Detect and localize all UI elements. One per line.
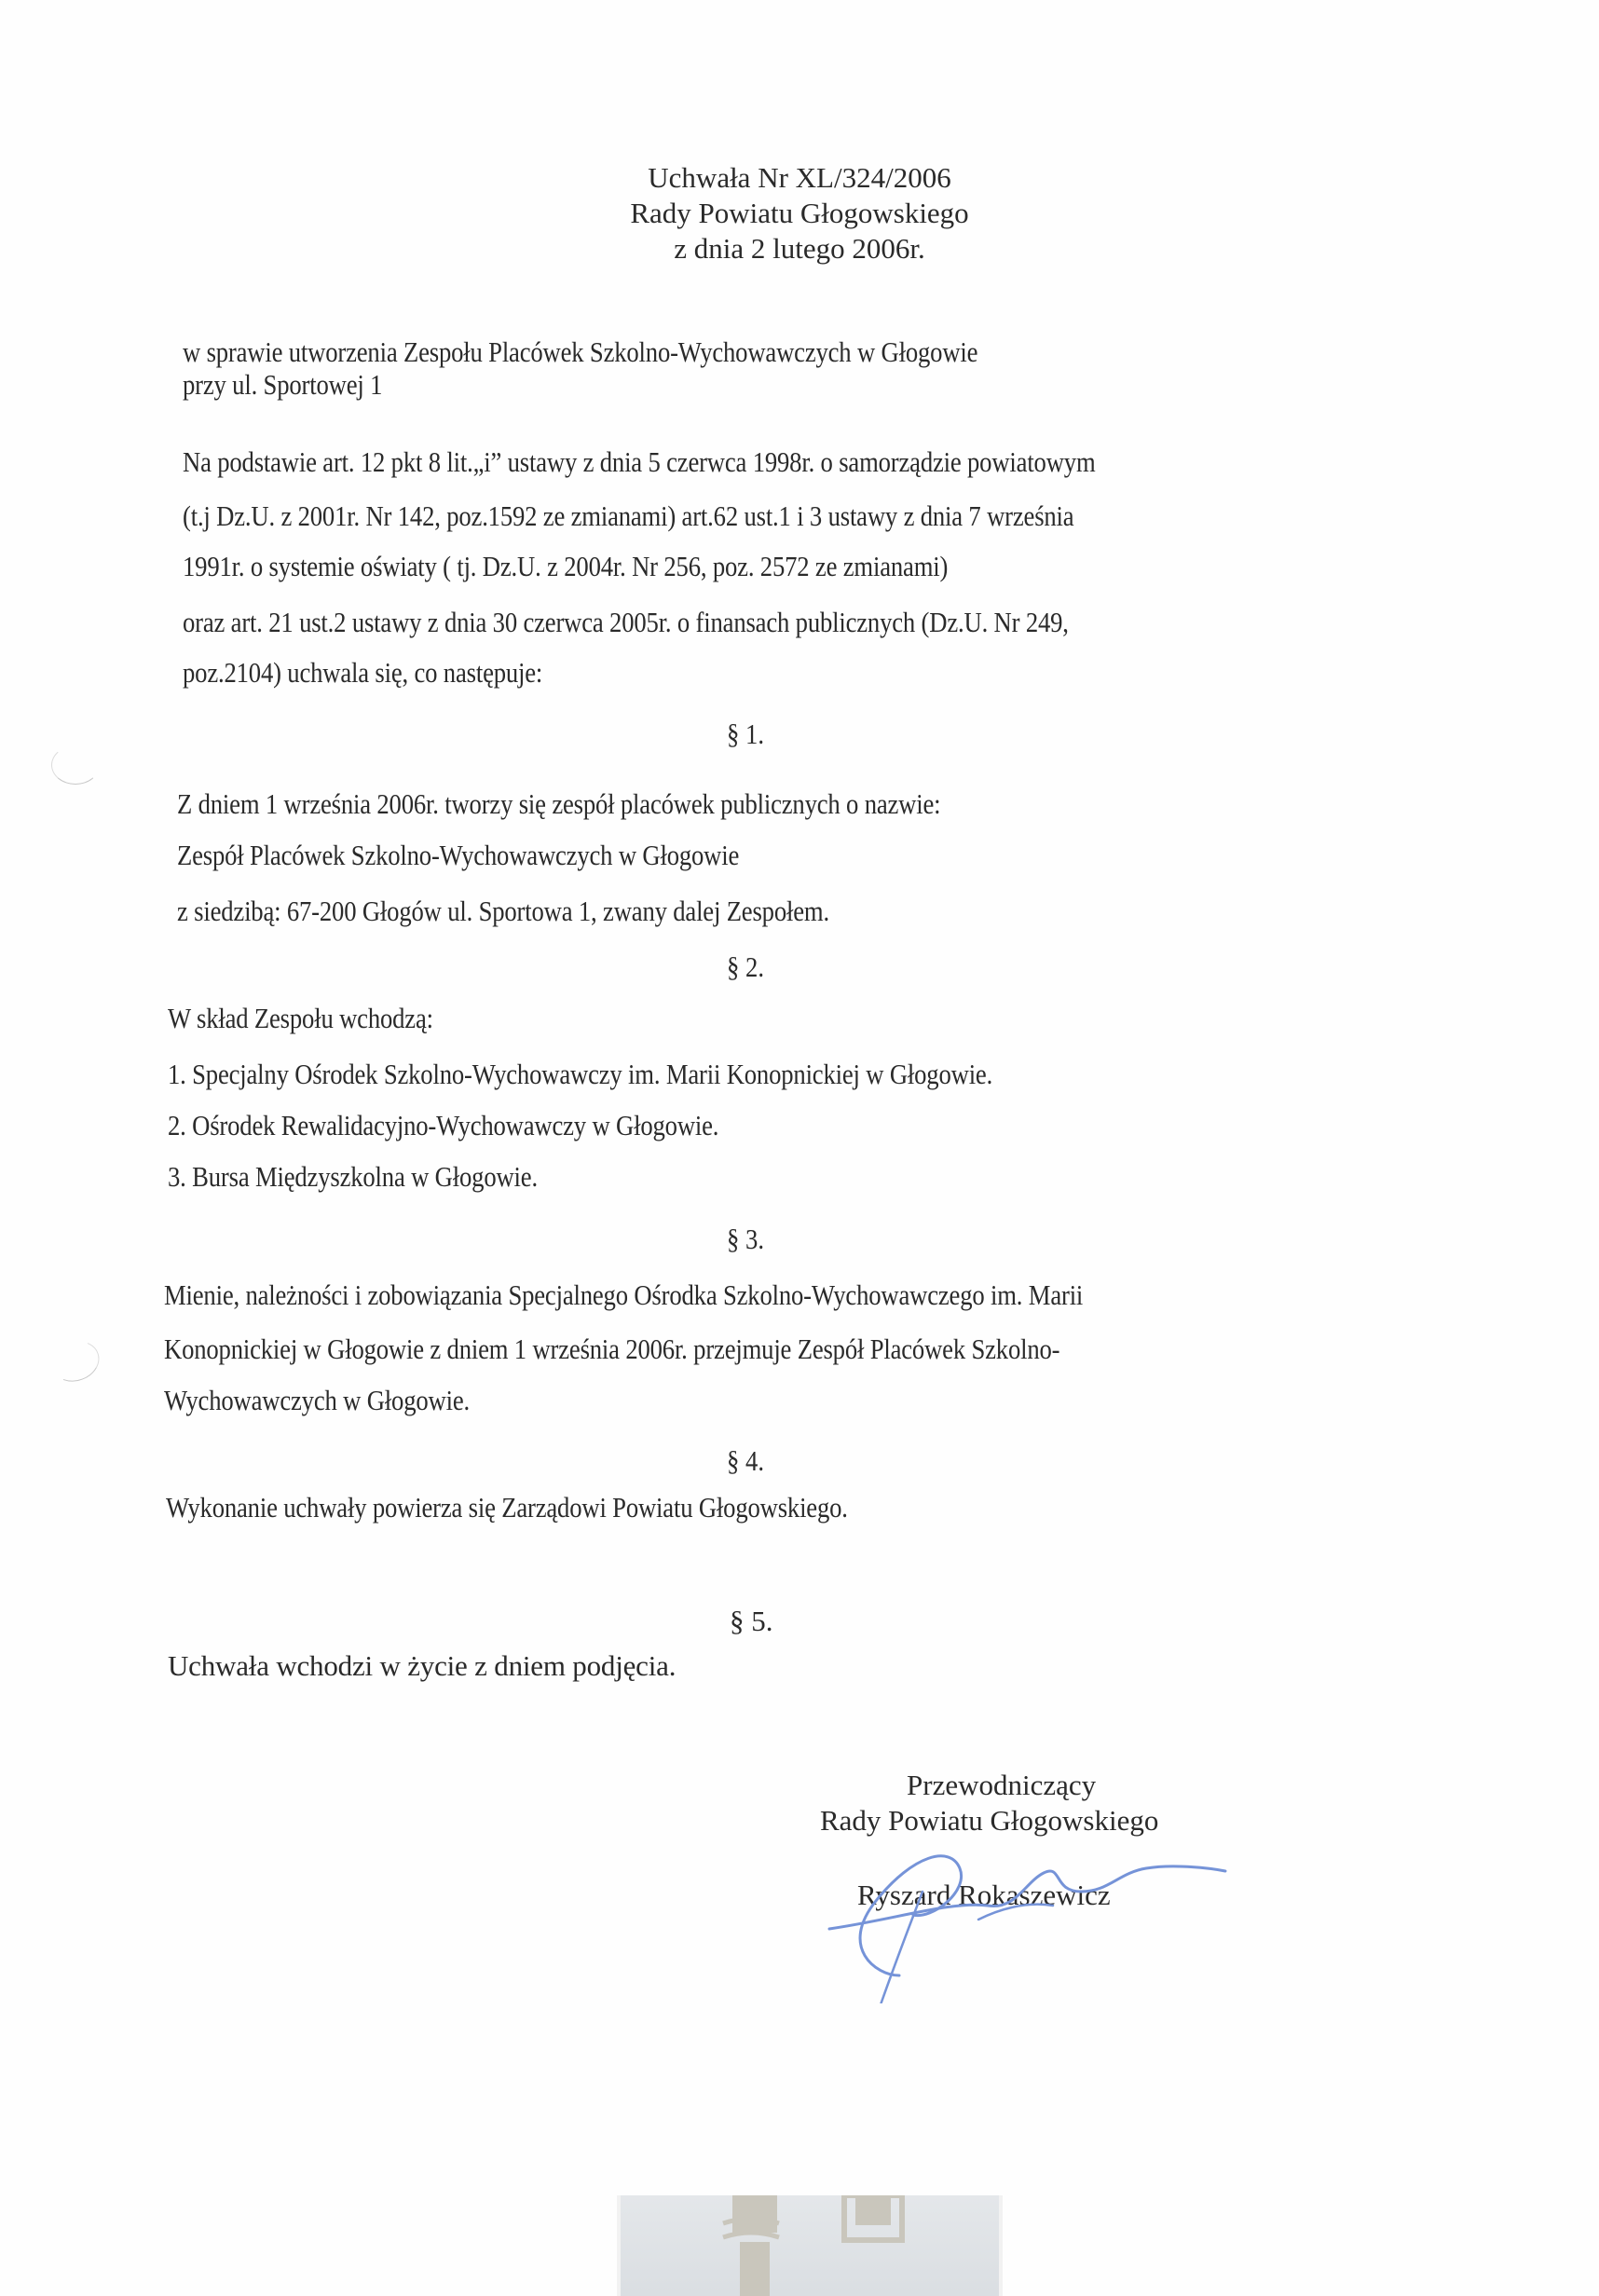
list-item: 1. Specjalny Ośrodek Szkolno-Wychowawczy… bbox=[168, 1058, 992, 1091]
signatory-title: Przewodniczący bbox=[907, 1769, 1096, 1802]
subject-line: przy ul. Sportowej 1 bbox=[183, 368, 382, 402]
section-5-line: Uchwała wchodzi w życie z dniem podjęcia… bbox=[168, 1649, 676, 1683]
section-mark: § 5. bbox=[730, 1605, 773, 1638]
resolution-date: z dnia 2 lutego 2006r. bbox=[0, 231, 1599, 266]
preamble-line: poz.2104) uchwala się, co następuje: bbox=[183, 656, 542, 690]
preamble-line: (t.j Dz.U. z 2001r. Nr 142, poz.1592 ze … bbox=[183, 499, 1073, 533]
section-3-line: Mienie, należności i zobowiązania Specja… bbox=[164, 1278, 1083, 1312]
punch-hole-mark bbox=[51, 745, 100, 785]
preamble-line: Na podstawie art. 12 pkt 8 lit.„i” ustaw… bbox=[183, 445, 1096, 479]
section-4-line: Wykonanie uchwały powierza się Zarządowi… bbox=[166, 1491, 848, 1524]
section-2-line: W skład Zespołu wchodzą: bbox=[168, 1002, 433, 1035]
list-item: 3. Bursa Międzyszkolna w Głogowie. bbox=[168, 1160, 538, 1194]
list-item: 2. Ośrodek Rewalidacyjno-Wychowawczy w G… bbox=[168, 1109, 718, 1142]
section-mark: § 1. bbox=[727, 717, 764, 751]
resolution-number: Uchwała Nr XL/324/2006 bbox=[0, 160, 1599, 196]
section-1-line: Zespół Placówek Szkolno-Wychowawczych w … bbox=[177, 839, 739, 872]
document-page: Uchwała Nr XL/324/2006 Rady Powiatu Głog… bbox=[0, 0, 1599, 2296]
section-3-line: Wychowawczych w Głogowie. bbox=[164, 1384, 470, 1417]
section-mark: § 2. bbox=[727, 950, 764, 984]
preamble-line: 1991r. o systemie oświaty ( tj. Dz.U. z … bbox=[183, 550, 948, 583]
watermark-stamp bbox=[617, 2195, 1003, 2296]
punch-hole-mark bbox=[46, 1334, 104, 1387]
preamble-line: oraz art. 21 ust.2 ustawy z dnia 30 czer… bbox=[183, 606, 1069, 639]
handwritten-signature bbox=[811, 1817, 1239, 2003]
section-mark: § 4. bbox=[727, 1444, 764, 1478]
section-1-line: Z dniem 1 września 2006r. tworzy się zes… bbox=[177, 787, 940, 821]
section-3-line: Konopnickiej w Głogowie z dniem 1 wrześn… bbox=[164, 1332, 1059, 1366]
section-mark: § 3. bbox=[727, 1223, 764, 1256]
council-name: Rady Powiatu Głogowskiego bbox=[0, 196, 1599, 231]
section-1-line: z siedzibą: 67-200 Głogów ul. Sportowa 1… bbox=[177, 895, 829, 928]
subject-line: w sprawie utworzenia Zespołu Placówek Sz… bbox=[183, 335, 977, 369]
